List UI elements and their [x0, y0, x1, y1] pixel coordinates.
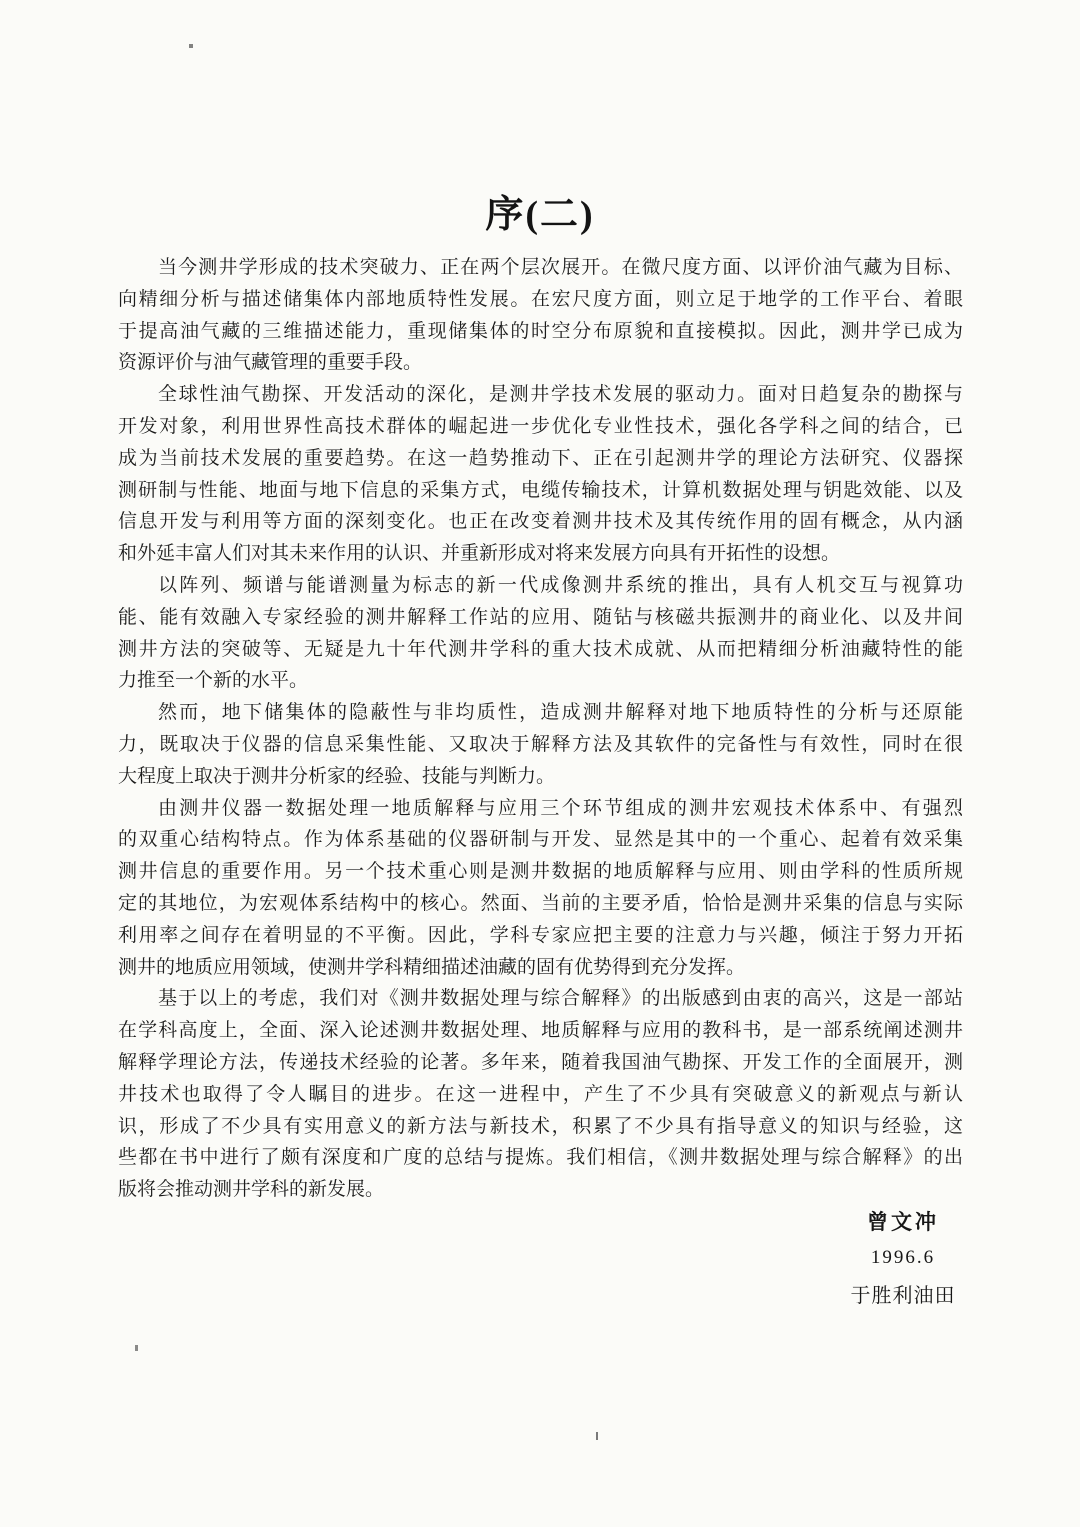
text-line: 力推至一个新的水平。 — [118, 665, 963, 697]
text-line: 井技术也取得了令人瞩目的进步。在这一进程中，产生了不少具有突破意义的新观点与新认 — [118, 1079, 963, 1111]
text-line: 由测井仪器一数据处理一地质解释与应用三个环节组成的测井宏观技术体系中、有强烈 — [118, 793, 963, 825]
text-line: 资源评价与油气藏管理的重要手段。 — [118, 347, 963, 379]
text-line: 大程度上取决于测井分析家的经验、技能与判断力。 — [118, 761, 963, 793]
text-line: 定的其地位，为宏观体系结构中的核心。然面、当前的主要矛盾，恰恰是测井采集的信息与… — [118, 888, 963, 920]
signature-place: 于胜利油田 — [843, 1279, 963, 1308]
paragraph: 以阵列、频谱与能谱测量为标志的新一代成像测井系统的推出，具有人机交互与视算功能、… — [118, 570, 963, 697]
text-line: 基于以上的考虑，我们对《测井数据处理与综合解释》的出版感到由衷的高兴，这是一部站 — [118, 983, 963, 1015]
text-line: 测井信息的重要作用。另一个技术重心则是测井数据的地质解释与应用、则由学科的性质所… — [118, 856, 963, 888]
text-line: 在学科高度上，全面、深入论述测井数据处理、地质解释与应用的教科书，是一部系统阐述… — [118, 1015, 963, 1047]
scan-speck — [135, 1345, 138, 1351]
scan-speck — [596, 1432, 598, 1440]
text-line: 测井方法的突破等、无疑是九十年代测井学科的重大技术成就、从而把精细分析油藏特性的… — [118, 634, 963, 666]
text-line: 向精细分析与描述储集体内部地质特性发展。在宏尺度方面，则立足于地学的工作平台、着… — [118, 284, 963, 316]
text-line: 全球性油气勘探、开发活动的深化，是测井学技术发展的驱动力。面对日趋复杂的勘探与 — [118, 379, 963, 411]
text-line: 于提高油气藏的三维描述能力，重现储集体的时空分布原貌和直接模拟。因此，测井学已成… — [118, 316, 963, 348]
text-line: 些都在书中进行了颇有深度和广度的总结与提炼。我们相信，《测井数据处理与综合解释》… — [118, 1142, 963, 1174]
signature-name: 曾文冲 — [843, 1206, 963, 1236]
paragraph: 然而，地下储集体的隐蔽性与非均质性，造成测井解释对地下地质特性的分析与还原能力，… — [118, 697, 963, 792]
text-line: 解释学理论方法，传递技术经验的论著。多年来，随着我国油气勘探、开发工作的全面展开… — [118, 1047, 963, 1079]
text-line: 和外延丰富人们对其未来作用的认识、并重新形成对将来发展方向具有开拓性的设想。 — [118, 538, 963, 570]
document-page: 序(二) 当今测井学形成的技术突破力、正在两个层次展开。在微尺度方面、以评价油气… — [0, 0, 1080, 1527]
paragraph: 由测井仪器一数据处理一地质解释与应用三个环节组成的测井宏观技术体系中、有强烈的双… — [118, 793, 963, 984]
text-line: 测井的地质应用领域，使测井学科精细描述油藏的固有优势得到充分发挥。 — [118, 952, 963, 984]
text-line: 成为当前技术发展的重要趋势。在这一趋势推动下、正在引起测井学的理论方法研究、仪器… — [118, 443, 963, 475]
text-line: 能、能有效融入专家经验的测井解释工作站的应用、随钻与核磁共振测井的商业化、以及井… — [118, 602, 963, 634]
paragraph: 全球性油气勘探、开发活动的深化，是测井学技术发展的驱动力。面对日趋复杂的勘探与开… — [118, 379, 963, 570]
text-line: 识，形成了不少具有实用意义的新方法与新技术，积累了不少具有指导意义的知识与经验，… — [118, 1111, 963, 1143]
text-line: 然而，地下储集体的隐蔽性与非均质性，造成测井解释对地下地质特性的分析与还原能 — [118, 697, 963, 729]
text-line: 版将会推动测井学科的新发展。 — [118, 1174, 963, 1206]
text-line: 的双重心结构特点。作为体系基础的仪器研制与开发、显然是其中的一个重心、起着有效采… — [118, 824, 963, 856]
text-line: 利用率之间存在着明显的不平衡。因此，学科专家应把主要的注意力与兴趣，倾注于努力开… — [118, 920, 963, 952]
signature-block: 曾文冲 1996.6 于胜利油田 — [843, 1206, 963, 1308]
text-line: 测研制与性能、地面与地下信息的采集方式，电缆传输技术，计算机数据处理与钥匙效能、… — [118, 475, 963, 507]
preface-body: 当今测井学形成的技术突破力、正在两个层次展开。在微尺度方面、以评价油气藏为目标、… — [118, 252, 963, 1206]
text-line: 开发对象，利用世界性高技术群体的崛起进一步优化专业性技术，强化各学科之间的结合，… — [118, 411, 963, 443]
text-line: 以阵列、频谱与能谱测量为标志的新一代成像测井系统的推出，具有人机交互与视算功 — [118, 570, 963, 602]
signature-date: 1996.6 — [843, 1247, 963, 1269]
text-line: 当今测井学形成的技术突破力、正在两个层次展开。在微尺度方面、以评价油气藏为目标、 — [118, 252, 963, 284]
text-line: 信息开发与利用等方面的深刻变化。也正在改变着测井技术及其传统作用的固有概念，从内… — [118, 506, 963, 538]
text-line: 力，既取决于仪器的信息采集性能、又取决于解释方法及其软件的完备性与有效性，同时在… — [118, 729, 963, 761]
paragraph: 当今测井学形成的技术突破力、正在两个层次展开。在微尺度方面、以评价油气藏为目标、… — [118, 252, 963, 379]
scan-speck — [189, 44, 193, 48]
page-title: 序(二) — [0, 183, 1080, 238]
paragraph: 基于以上的考虑，我们对《测井数据处理与综合解释》的出版感到由衷的高兴，这是一部站… — [118, 983, 963, 1206]
